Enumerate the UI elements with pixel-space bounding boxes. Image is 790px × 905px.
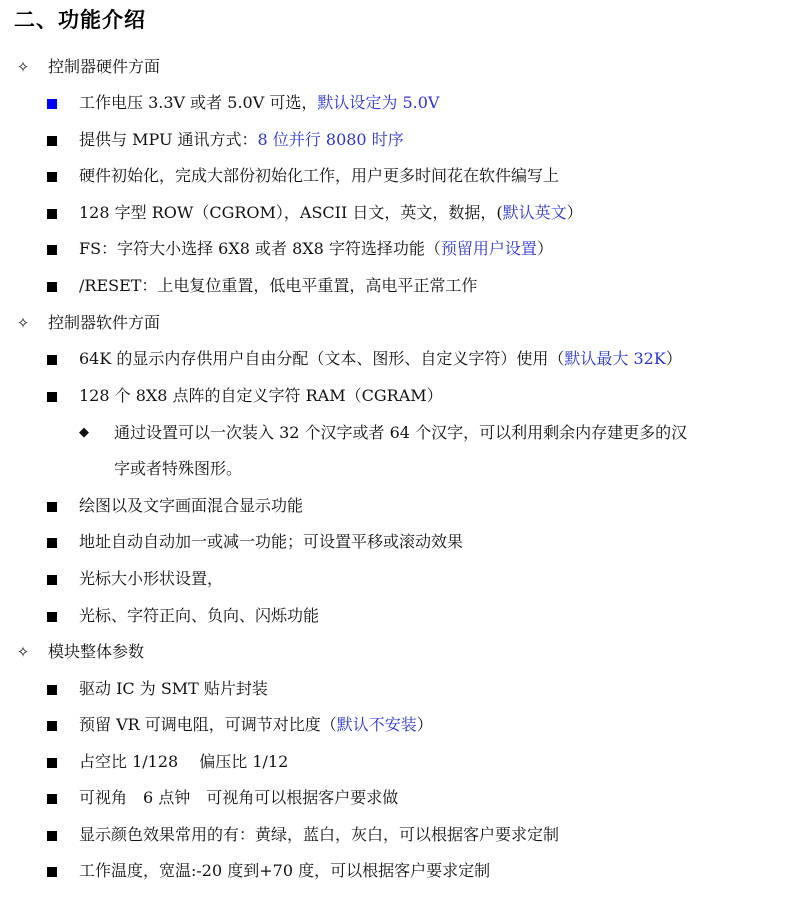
square-bullet-icon xyxy=(47,721,57,731)
square-bullet-icon xyxy=(47,172,57,182)
square-bullet-icon xyxy=(47,392,57,402)
square-bullet-icon xyxy=(47,758,57,768)
list-item: 绘图以及文字画面混合显示功能 xyxy=(0,488,790,524)
square-bullet-icon xyxy=(47,282,57,292)
list-item: 显示颜色效果常用的有：黄绿，蓝白，灰白，可以根据客户要求定制 xyxy=(0,817,790,853)
list-item: 驱动 IC 为 SMT 贴片封装 xyxy=(0,671,790,707)
square-bullet-icon xyxy=(47,538,57,548)
list-item: 光标、字符正向、负向、闪烁功能 xyxy=(0,598,790,634)
section-heading: ✧ 控制器硬件方面 xyxy=(0,49,790,85)
square-bullet-icon xyxy=(47,502,57,512)
default-note: 默认最大 32K xyxy=(564,349,665,368)
diamond-bullet-icon: ◆ xyxy=(79,415,89,451)
list-item: 128 个 8X8 点阵的自定义字符 RAM（CGRAM） xyxy=(0,378,790,414)
list-item: 硬件初始化，完成大部份初始化工作，用户更多时间花在软件编写上 xyxy=(0,158,790,194)
list-item: 占空比 1/128 偏压比 1/12 xyxy=(0,744,790,780)
default-note: 默认英文 xyxy=(503,203,567,222)
list-item: 预留 VR 可调电阻，可调节对比度（默认不安装） xyxy=(0,707,790,743)
list-item: 光标大小形状设置， xyxy=(0,561,790,597)
sub-list-item: ◆ 通过设置可以一次装入 32 个汉字或者 64 个汉字，可以利用剩余内存建更多… xyxy=(0,415,790,451)
list-item: 工作电压 3.3V 或者 5.0V 可选，默认设定为 5.0V xyxy=(0,85,790,121)
square-bullet-icon xyxy=(47,612,57,622)
square-bullet-icon xyxy=(47,831,57,841)
list-item: 可视角 6 点钟 可视角可以根据客户要求做 xyxy=(0,780,790,816)
highlight-note: 8 位并行 8080 时序 xyxy=(258,130,404,149)
four-pointed-star-icon: ✧ xyxy=(13,305,33,341)
square-bullet-icon xyxy=(47,794,57,804)
reserved-note: 预留用户设置 xyxy=(441,239,537,258)
square-bullet-icon xyxy=(47,209,57,219)
list-item: 128 字型 ROW（CGROM），ASCII 日文，英文，数据，(默认英文） xyxy=(0,195,790,231)
list-item: FS：字符大小选择 6X8 或者 8X8 字符选择功能（预留用户设置） xyxy=(0,231,790,267)
square-bullet-icon xyxy=(47,99,57,109)
square-bullet-icon xyxy=(47,245,57,255)
default-note: 默认设定为 5.0V xyxy=(317,93,439,112)
square-bullet-icon xyxy=(47,136,57,146)
list-item: 提供与 MPU 通讯方式：8 位并行 8080 时序 xyxy=(0,122,790,158)
default-note: 默认不安装 xyxy=(337,715,417,734)
list-item: 地址自动自动加一或减一功能；可设置平移或滚动效果 xyxy=(0,524,790,560)
list-item: 64K 的显示内存供用户自由分配（文本、图形、自定义字符）使用（默认最大 32K… xyxy=(0,341,790,377)
section-heading: ✧ 模块整体参数 xyxy=(0,634,790,670)
square-bullet-icon xyxy=(47,685,57,695)
four-pointed-star-icon: ✧ xyxy=(13,49,33,85)
square-bullet-icon xyxy=(47,355,57,365)
sub-list-item-continuation: 字或者特殊图形。 xyxy=(0,451,790,487)
square-bullet-icon xyxy=(47,867,57,877)
four-pointed-star-icon: ✧ xyxy=(13,634,33,670)
square-bullet-icon xyxy=(47,575,57,585)
section-heading: ✧ 控制器软件方面 xyxy=(0,305,790,341)
list-item: 工作温度，宽温:-20 度到+70 度，可以根据客户要求定制 xyxy=(0,853,790,889)
page-title: 二、功能介绍 xyxy=(14,6,146,34)
list-item: /RESET：上电复位重置，低电平重置，高电平正常工作 xyxy=(0,268,790,304)
